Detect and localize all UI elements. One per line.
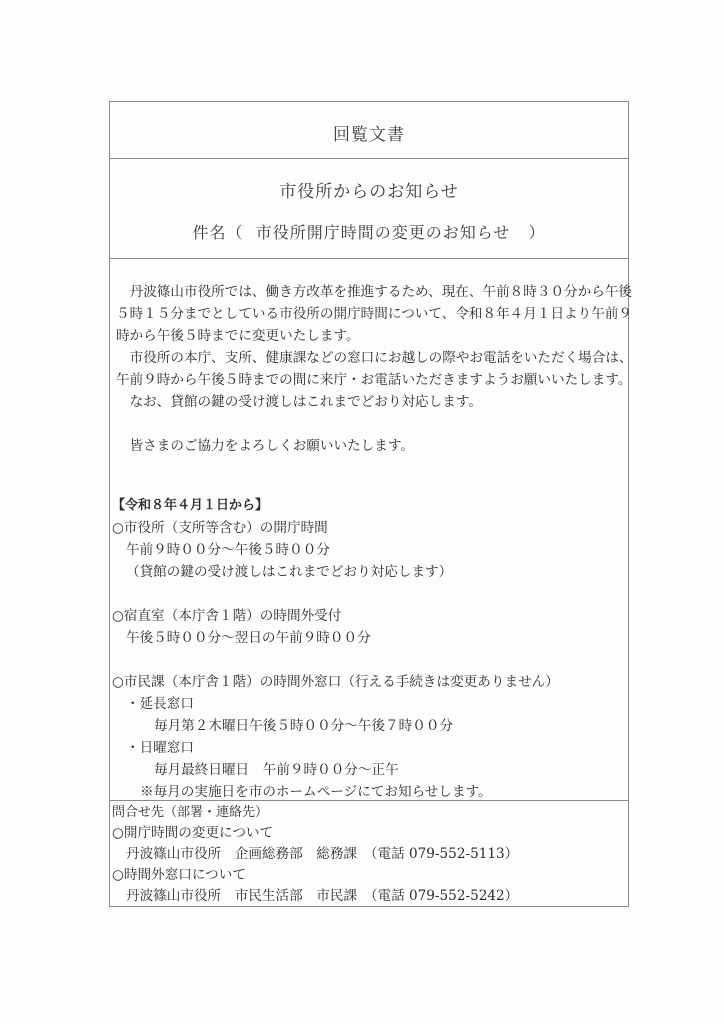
contact-heading: 問合せ先（部署・連絡先） [112,802,622,823]
homepage-note: ※毎月の実施日を市のホームページにてお知らせします。 [112,781,622,803]
window-detail: 毎月最終日曜日 午前９時００分～正午 [112,759,622,781]
window-label: ・日曜窓口 [112,737,622,759]
effective-date-heading: 【令和８年４月１日から】 [112,495,622,517]
intro-line: なお、貸館の鍵の受け渡しはこれまでどおり対応します。 [116,391,622,413]
schedule-details: 【令和８年４月１日から】 ○市役所（支所等含む）の開庁時間 午前９時００分～午後… [112,495,622,803]
intro-line: 丹波篠山市役所では、働き方改革を推進するため、現在、午前８時３０分から午後 [116,281,622,303]
title-row: 回覧文書 [110,102,628,159]
notice-heading: 市役所からのお知らせ [110,177,628,202]
section-title: ○市民課（本庁舎１階）の時間外窓口（行える手続きは変更ありません） [112,671,622,693]
intro-line: 市役所の本庁、支所、健康課などの窓口にお越しの際やお電話をいただく場合は、 [116,347,622,369]
contact-info: 問合せ先（部署・連絡先） ○開庁時間の変更について 丹波篠山市役所 企画総務部 … [112,802,622,907]
contact-detail: 丹波篠山市役所 企画総務部 総務課 （電話 079-552-5113） [112,844,622,865]
closing-line: 皆さまのご協力をよろしくお願いいたします。 [116,435,622,457]
subject-text: 市役所開庁時間の変更のお知らせ [256,223,511,242]
header-row: 市役所からのお知らせ 件名（ 市役所開庁時間の変更のお知らせ ） [110,159,628,259]
section-line: （貸館の鍵の受け渡しはこれまでどおり対応します） [112,561,622,583]
intro-paragraphs: 丹波篠山市役所では、働き方改革を推進するため、現在、午前８時３０分から午後 ５時… [116,281,622,457]
section-line: 午前９時００分～午後５時００分 [112,539,622,561]
section-line: 午後５時００分～翌日の午前９時００分 [112,627,622,649]
intro-line: 午前９時から午後５時までの間に来庁・お電話いただきますようお願いいたします。 [116,369,622,391]
body-row: 丹波篠山市役所では、働き方改革を推進するため、現在、午前８時３０分から午後 ５時… [110,259,628,801]
contact-row: 問合せ先（部署・連絡先） ○開庁時間の変更について 丹波篠山市役所 企画総務部 … [110,801,628,906]
circular-document-frame: 回覧文書 市役所からのお知らせ 件名（ 市役所開庁時間の変更のお知らせ ） 丹波… [109,101,629,907]
window-detail: 毎月第２木曜日午後５時００分～午後７時００分 [112,715,622,737]
section-title: ○宿直室（本庁舎１階）の時間外受付 [112,605,622,627]
document-title: 回覧文書 [110,120,628,145]
intro-line: 時から午後５時までに変更いたします。 [116,325,622,347]
subject-label: 件名（ [193,223,244,242]
contact-detail: 丹波篠山市役所 市民生活部 市民課 （電話 079-552-5242） [112,886,622,907]
window-label: ・延長窓口 [112,693,622,715]
section-title: ○市役所（支所等含む）の開庁時間 [112,517,622,539]
intro-line: ５時１５分までとしている市役所の開庁時間について、令和８年４月１日より午前９ [116,303,622,325]
contact-topic: ○開庁時間の変更について [112,823,622,844]
contact-topic: ○時間外窓口について [112,865,622,886]
subject-line: 件名（ 市役所開庁時間の変更のお知らせ ） [110,220,628,243]
subject-close: ） [528,223,545,242]
